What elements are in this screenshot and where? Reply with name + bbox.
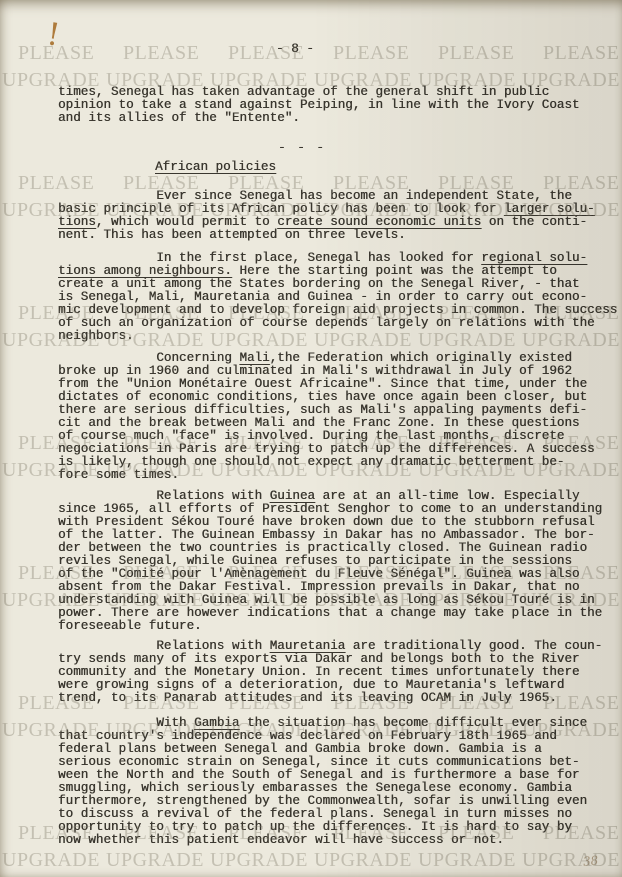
paragraph: Relations with Guinea are at an all-time…	[58, 490, 622, 633]
text-line: of such an organization of course depend…	[58, 317, 622, 330]
watermark-row: UPGRADEUPGRADEUPGRADEUPGRADEUPGRADEUPGRA…	[2, 849, 622, 872]
underlined-text: Gambia	[194, 716, 239, 730]
text-run: of the "Comité pour l'Amènagement du Fle…	[58, 567, 579, 581]
paragraph: In the first place, Senegal has looked f…	[58, 252, 622, 343]
text-run: Here the starting point was the attempt …	[232, 264, 557, 278]
document-body: times, Senegal has taken advantage of th…	[58, 86, 622, 847]
underlined-text: create sound economic units	[277, 215, 481, 229]
text-run: der between the two countries is practic…	[58, 541, 587, 555]
pencil-corner-note: 38	[582, 853, 599, 869]
watermark-word: UPGRADE	[418, 849, 522, 872]
text-run: absent from the Dakar Festival. Impressi…	[58, 580, 579, 594]
text-run: smuggling, which seriously embarasses th…	[58, 781, 572, 795]
text-run: ,the Federation which originally existed	[270, 351, 572, 365]
watermark-word: UPGRADE	[210, 849, 314, 872]
text-line: trend, to its Panarab attitudes and its …	[58, 692, 622, 705]
text-run: from the "Union Monétaire Ouest Africain…	[58, 377, 587, 391]
underlined-text: Guinea	[270, 489, 315, 503]
text-run: on the conti-	[481, 215, 587, 229]
watermark-word: UPGRADE	[522, 849, 622, 872]
text-run: Relations with	[58, 489, 270, 503]
text-line: fore some times.	[58, 469, 622, 482]
watermark-word: PLEASE	[123, 42, 228, 65]
watermark-word: PLEASE	[333, 42, 438, 65]
text-line: and its allies of the "Entente".	[58, 112, 622, 125]
text-run: reviles Senegal, while Guinea refuses to…	[58, 554, 572, 568]
underlined-text: Mali	[239, 351, 269, 365]
watermark-word: UPGRADE	[314, 849, 418, 872]
paragraph: Concerning Mali,the Federation which ori…	[58, 352, 622, 482]
text-run: to discuss a revival of the federal plan…	[58, 807, 572, 821]
text-run: the situation has become difficult ever …	[239, 716, 587, 730]
text-run: and its allies of the "Entente".	[58, 111, 300, 125]
text-run: mic development and to develop foreign a…	[58, 303, 617, 317]
text-run: power. There are however indications tha…	[58, 606, 602, 620]
text-run: Concerning	[58, 351, 239, 365]
paragraph: times, Senegal has taken advantage of th…	[58, 86, 622, 125]
text-run: federal plans between Senegal and Gambia…	[58, 742, 542, 756]
text-run: opinion to take a stand against Peiping,…	[58, 98, 579, 112]
handwritten-exclamation-mark: !	[45, 19, 62, 52]
paragraph: Relations with Mauretania are traditiona…	[58, 640, 622, 705]
text-run: Relations with	[58, 639, 270, 653]
watermark-row: PLEASEPLEASEPLEASEPLEASEPLEASEPLEASE	[18, 42, 622, 65]
text-run: is likely, though one should not expect …	[58, 455, 564, 469]
text-run: were growing signs of a deterioration, d…	[58, 678, 564, 692]
text-line: nent. This has been attempted on three l…	[58, 229, 622, 242]
watermark-word: PLEASE	[438, 42, 543, 65]
text-run: are at an all-time low. Especially	[315, 489, 580, 503]
watermark-word: UPGRADE	[2, 849, 106, 872]
separator-dashes: - - -	[278, 142, 622, 155]
text-run: furthermore, strengthened by the Commonw…	[58, 794, 587, 808]
text-run: dictates of economic conditions, ties ha…	[58, 390, 587, 404]
text-run: with President Sékou Touré have broken d…	[58, 515, 595, 529]
text-run: serious economic strain on Senegal, sinc…	[58, 755, 579, 769]
text-run: times, Senegal has taken advantage of th…	[58, 85, 549, 99]
text-run: trend, to its Panarab attitudes and its …	[58, 691, 557, 705]
paragraph: Ever since Senegal has become an indepen…	[58, 190, 622, 242]
text-run: basic principle of its African policy ha…	[58, 202, 504, 216]
text-run: of such an organization of course depend…	[58, 316, 595, 330]
paragraph: With Gambia the situation has become dif…	[58, 717, 622, 847]
section-heading: African policies	[155, 161, 622, 174]
text-run: opportunity to try to patch up the diffe…	[58, 820, 572, 834]
text-run: that country's independence was declared…	[58, 729, 557, 743]
page-number: - 8 -	[276, 42, 314, 56]
text-run: neighbors.	[58, 329, 134, 343]
text-run: are traditionally good. The coun-	[345, 639, 602, 653]
underlined-text: regional solu-	[481, 251, 587, 265]
text-run: broke up in 1960 and culminated in Mali'…	[58, 364, 572, 378]
text-line: foreseeable future.	[58, 620, 622, 633]
underlined-text: Mauretania	[270, 639, 346, 653]
text-run: nent. This has been attempted on three l…	[58, 228, 406, 242]
text-run: create a unit among the States bordering…	[58, 277, 579, 291]
text-run: Ever since Senegal has become an indepen…	[58, 189, 572, 203]
text-run: community and the Monetary Union. In rec…	[58, 665, 579, 679]
text-line: now whether this patient endeavor will h…	[58, 834, 622, 847]
document-page: ! - 8 - times, Senegal has taken advanta…	[0, 0, 622, 877]
text-run: foreseeable future.	[58, 619, 202, 633]
watermark-word: PLEASE	[18, 42, 123, 65]
text-run: cit and the break between Mali and the F…	[58, 416, 579, 430]
watermark-word: UPGRADE	[106, 849, 210, 872]
underlined-text: tions among neighbours.	[58, 264, 232, 278]
watermark-word: PLEASE	[543, 42, 622, 65]
text-line: neighbors.	[58, 330, 622, 343]
text-run: fore some times.	[58, 468, 179, 482]
text-run: is Senegal, Mali, Mauretania and Guinea …	[58, 290, 587, 304]
text-run: ween the North and the South of Senegal …	[58, 768, 579, 782]
text-run: In the first place, Senegal has looked f…	[58, 251, 481, 265]
underlined-text: larger solu-	[504, 202, 595, 216]
text-run: now whether this patient endeavor will h…	[58, 833, 504, 847]
text-run: of course much "face" is involved. Durin…	[58, 429, 564, 443]
text-run: understanding with Guinea will be possib…	[58, 593, 595, 607]
text-run: try sends many of its exports via Dakar …	[58, 652, 579, 666]
text-run: there are serious difficulties, such as …	[58, 403, 587, 417]
text-run: With	[58, 716, 194, 730]
text-run: negociations in Paris are trying to patc…	[58, 442, 595, 456]
text-run: since 1965, all efforts of President Sen…	[58, 502, 602, 516]
text-run: of the latter. The Guinean Embassy in Da…	[58, 528, 595, 542]
text-run: , which would permit to	[96, 215, 277, 229]
underlined-text: tions	[58, 215, 96, 229]
